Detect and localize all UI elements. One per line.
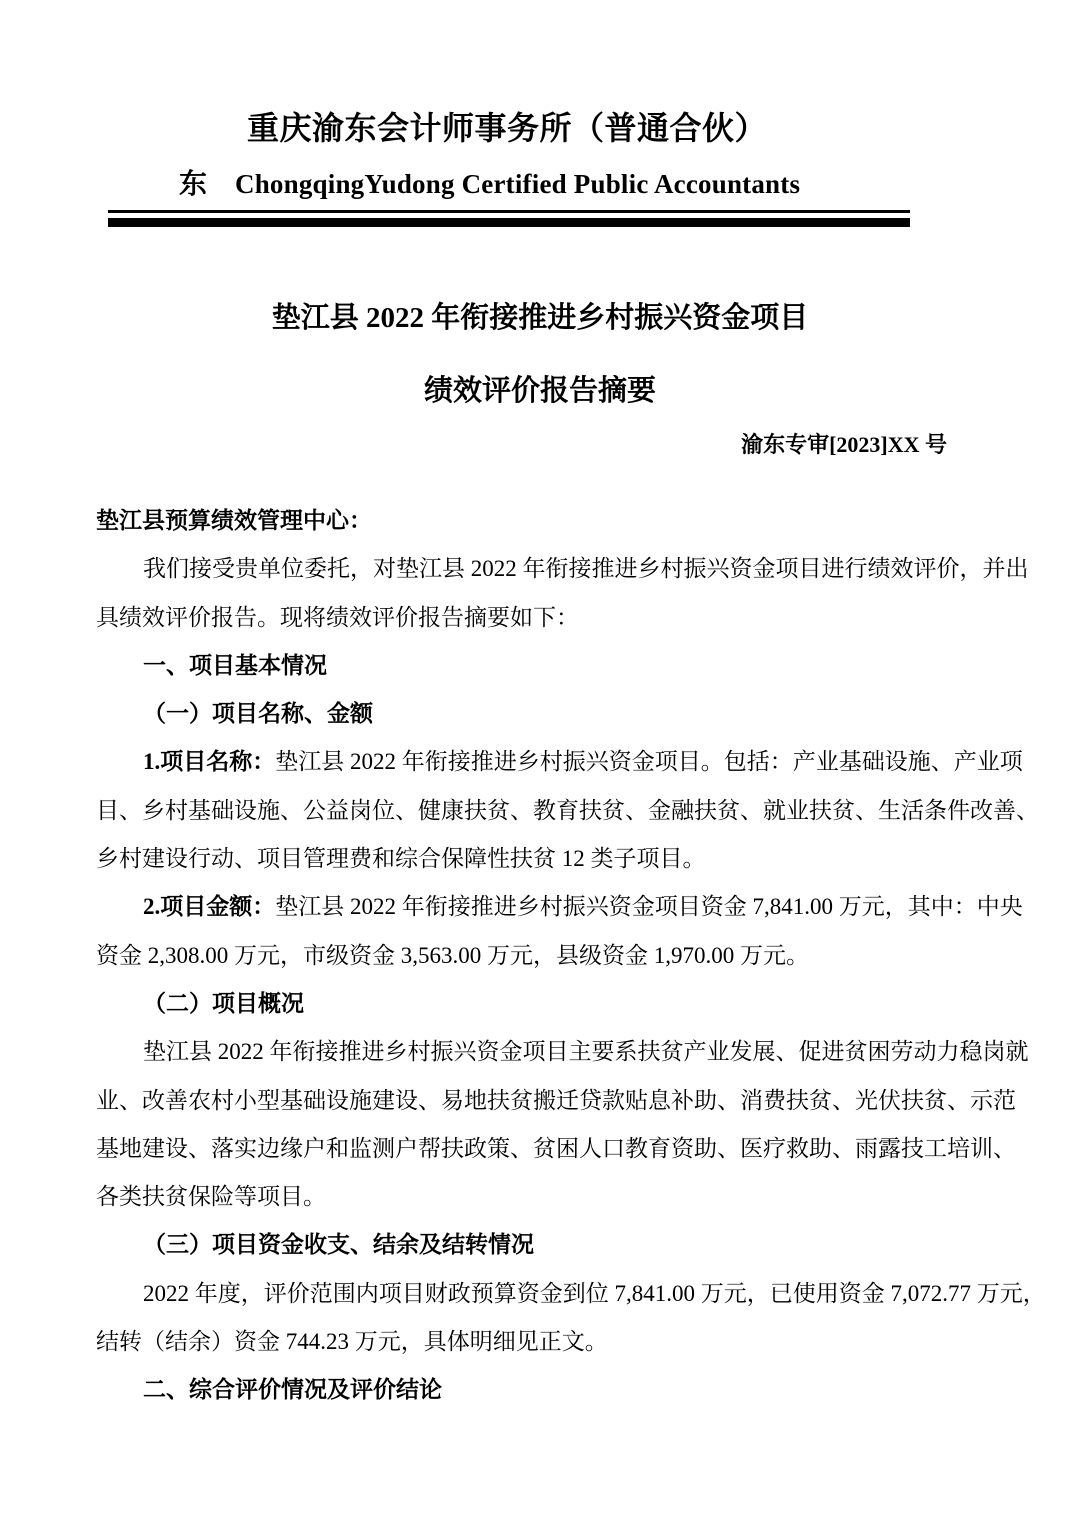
intro-paragraph-line1: 我们接受贵单位委托，对垫江县 2022 年衔接推进乡村振兴资金项目进行绩效评价，… <box>96 545 984 593</box>
letterhead-subline: 东 ChongqingYudong Certified Public Accou… <box>179 170 800 198</box>
firm-name-english: ChongqingYudong Certified Public Account… <box>235 171 800 198</box>
overview-line2: 业、改善农村小型基础设施建设、易地扶贫搬迁贷款贴息补助、消费扶贫、光伏扶贫、示范 <box>96 1077 984 1125</box>
project-name-line1: 1.项目名称：垫江县 2022 年衔接推进乡村振兴资金项目。包括：产业基础设施、… <box>96 738 984 786</box>
project-amount-line2: 资金 2,308.00 万元，市级资金 3,563.00 万元，县级资金 1,9… <box>96 932 984 980</box>
letterhead-divider <box>108 210 910 227</box>
firm-logo-character: 东 <box>179 170 207 198</box>
divider-thin-line <box>108 210 910 213</box>
funds-line2: 结转（结余）资金 744.23 万元，具体明细见正文。 <box>96 1318 984 1366</box>
project-name-line3: 乡村建设行动、项目管理费和综合保障性扶贫 12 类子项目。 <box>96 835 984 883</box>
project-name-line2: 目、乡村基础设施、公益岗位、健康扶贫、教育扶贫、金融扶贫、就业扶贫、生活条件改善… <box>96 787 984 835</box>
project-name-label: 1.项目名称： <box>143 749 275 774</box>
project-name-text: 垫江县 2022 年衔接推进乡村振兴资金项目。包括：产业基础设施、产业项 <box>275 749 1023 774</box>
divider-thick-line <box>108 218 910 227</box>
project-amount-line1: 2.项目金额：垫江县 2022 年衔接推进乡村振兴资金项目资金 7,841.00… <box>96 883 984 931</box>
intro-paragraph-line2: 具绩效评价报告。现将绩效评价报告摘要如下： <box>96 594 984 642</box>
project-amount-text: 垫江县 2022 年衔接推进乡村振兴资金项目资金 7,841.00 万元，其中：… <box>275 894 1023 919</box>
report-title-line2: 绩效评价报告摘要 <box>96 374 984 409</box>
subsection2-heading: （二）项目概况 <box>96 980 984 1028</box>
project-amount-label: 2.项目金额： <box>143 894 275 919</box>
overview-line3: 基地建设、落实边缘户和监测户帮扶政策、贫困人口教育资助、医疗救助、雨露技工培训、 <box>96 1125 984 1173</box>
funds-line1: 2022 年度，评价范围内项目财政预算资金到位 7,841.00 万元，已使用资… <box>96 1270 984 1318</box>
subsection1-heading: （一）项目名称、金额 <box>96 690 984 738</box>
firm-name-chinese: 重庆渝东会计师事务所（普通合伙） <box>247 112 767 144</box>
document-page: 重庆渝东会计师事务所（普通合伙） 东 ChongqingYudong Certi… <box>0 0 1074 1520</box>
section2-heading: 二、综合评价情况及评价结论 <box>96 1366 984 1414</box>
document-reference-number: 渝东专审[2023]XX 号 <box>96 432 947 458</box>
overview-line1: 垫江县 2022 年衔接推进乡村振兴资金项目主要系扶贫产业发展、促进贫困劳动力稳… <box>96 1028 984 1076</box>
overview-line4: 各类扶贫保险等项目。 <box>96 1173 984 1221</box>
report-title-line1: 垫江县 2022 年衔接推进乡村振兴资金项目 <box>96 301 984 336</box>
report-body: 垫江县预算绩效管理中心： 我们接受贵单位委托，对垫江县 2022 年衔接推进乡村… <box>96 497 984 1415</box>
addressee-line: 垫江县预算绩效管理中心： <box>96 497 984 545</box>
subsection3-heading: （三）项目资金收支、结余及结转情况 <box>96 1221 984 1269</box>
section1-heading: 一、项目基本情况 <box>96 642 984 690</box>
